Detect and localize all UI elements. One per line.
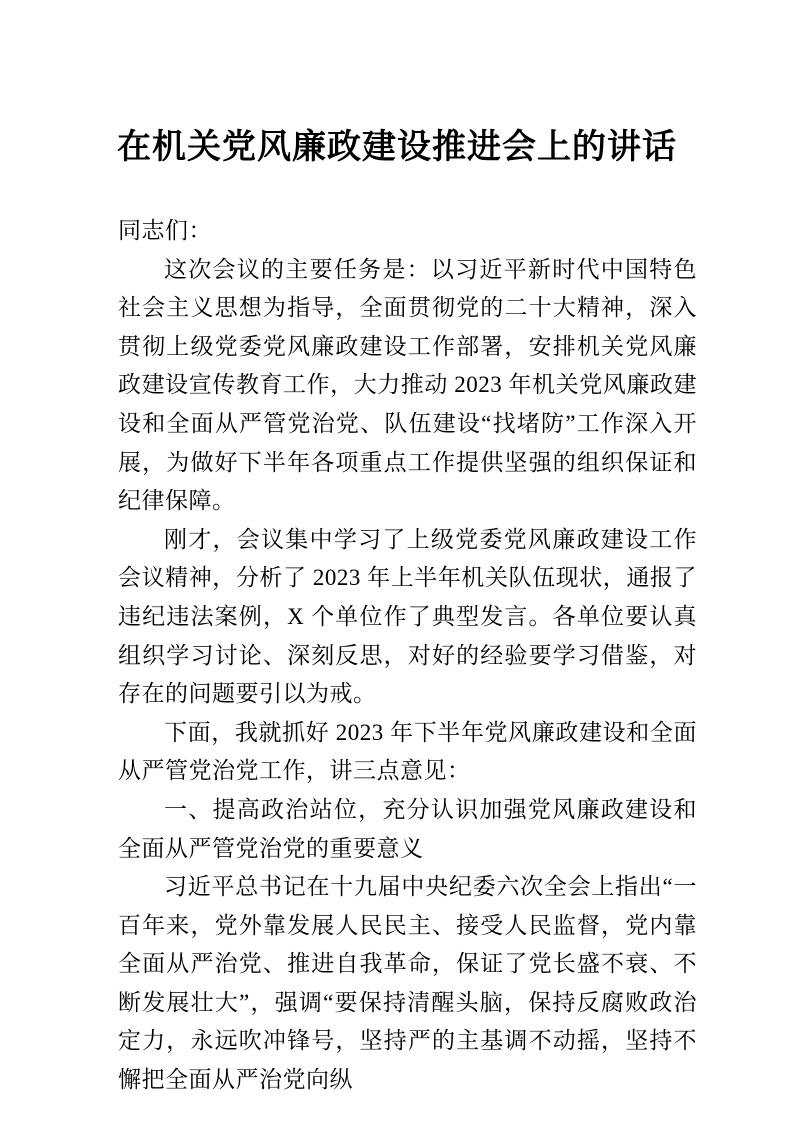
salutation-paragraph: 同志们： [118, 212, 697, 251]
document-body: 同志们： 这次会议的主要任务是：以习近平新时代中国特色社会主义思想为指导，全面贯… [118, 212, 697, 1100]
document-title: 在机关党风廉政建设推进会上的讲话 [60, 126, 734, 170]
section-heading-paragraph: 一、提高政治站位，充分认识加强党风廉政建设和全面从严管党治党的重要意义 [118, 791, 697, 868]
body-paragraph: 这次会议的主要任务是：以习近平新时代中国特色社会主义思想为指导，全面贯彻党的二十… [118, 251, 697, 521]
body-paragraph: 习近平总书记在十九届中央纪委六次全会上指出“一百年来，党外靠发展人民民主、接受人… [118, 868, 697, 1100]
document-page: 在机关党风廉政建设推进会上的讲话 同志们： 这次会议的主要任务是：以习近平新时代… [0, 0, 794, 1122]
body-paragraph: 下面，我就抓好 2023 年下半年党风廉政建设和全面从严管党治党工作，讲三点意见… [118, 714, 697, 791]
body-paragraph: 刚才，会议集中学习了上级党委党风廉政建设工作会议精神，分析了 2023 年上半年… [118, 521, 697, 714]
